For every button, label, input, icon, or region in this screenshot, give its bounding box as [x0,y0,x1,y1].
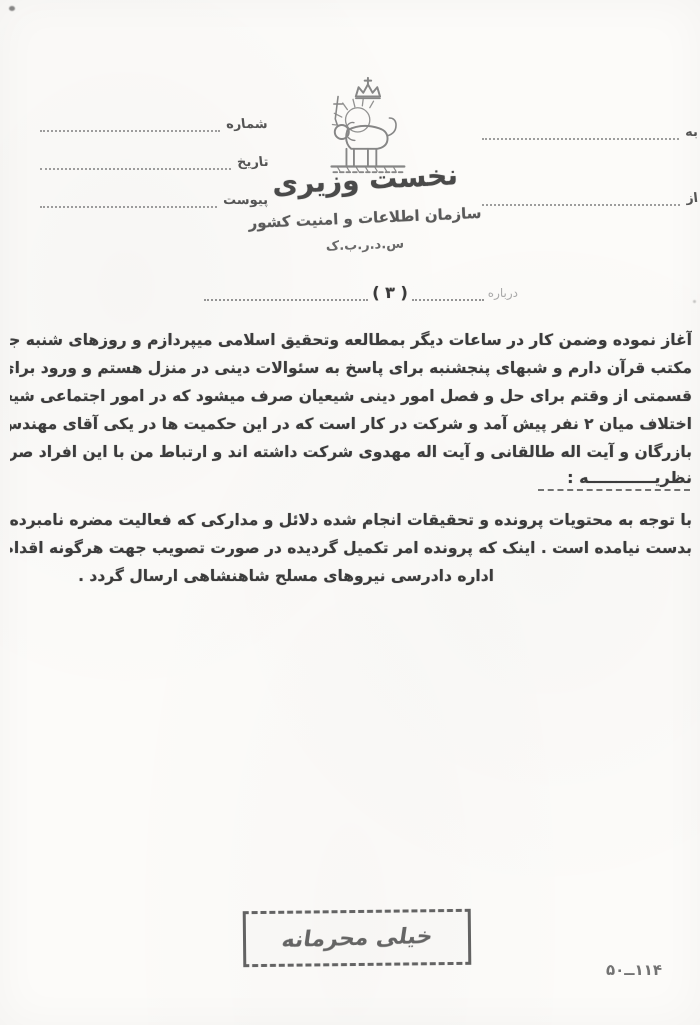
field-from-dotted-line [482,188,680,206]
field-date-dotted-line [40,152,231,170]
field-number-dotted-line [40,114,220,132]
field-date-row: تاریخ [36,152,268,170]
org-abbreviation: س.د.ر.ب.ک [230,233,500,257]
scanned-document-page: نخست وزیری سازمان اطلاعات و امنیت کشور س… [0,0,700,1025]
note-underline [538,489,690,491]
field-from-label: از [685,191,699,206]
paragraph1-line: بازرگان و آیت اله طالقانی و آیت اله مهدو… [10,438,692,466]
field-to-label: به [684,125,698,140]
subject-dotted-line [412,284,484,300]
field-attachment-row: پیوست [36,190,268,208]
note-section: نظریــــــــــــه : [538,468,692,491]
scan-speck [9,6,15,11]
paragraph1-line: قسمتی از وقتم برای حل و فصل امور دینی شی… [10,382,692,410]
left-field-block: شماره تاریخ پیوست [36,114,268,208]
field-number-row: شماره [36,114,268,132]
subject-number: ( ۳ ) [372,283,408,302]
subject-line: درباره ( ۳ ) [200,283,518,302]
note-label: نظریــــــــــــه : [538,468,692,487]
paragraph1-line: مکتب قرآن دارم و شبهای پنجشنبه برای پاسخ… [10,354,692,382]
archive-number: ۱۱۴ــ۵۰ [606,961,662,979]
paragraph1-line: اختلاف میان ۲ نفر پیش آمد و شرکت در کار … [10,410,692,438]
body-paragraph-1: آغاز نموده وضمن کار در ساعات دیگر بمطالع… [10,326,692,466]
body-paragraph-2: با توجه به محتویات پرونده و تحقیقات انجا… [10,506,692,590]
field-to-dotted-line [482,122,679,140]
paragraph2-line: اداره دادرسی نیروهای مسلح شاهنشاهی ارسال… [10,562,692,590]
subject-dotted-line [204,284,368,300]
field-from-row: از [478,188,698,206]
subject-label: درباره [488,286,518,300]
right-field-block: به از [478,122,698,206]
paragraph1-line: آغاز نموده وضمن کار در ساعات دیگر بمطالع… [10,326,692,354]
field-number-label: شماره [226,117,269,132]
scan-speck [693,300,696,303]
field-attachment-dotted-line [40,190,217,208]
paragraph2-line: با توجه به محتویات پرونده و تحقیقات انجا… [10,506,692,534]
confidential-stamp-box: خیلی محرمانه [243,909,472,967]
field-attachment-label: پیوست [222,193,268,208]
field-date-label: تاریخ [236,155,269,170]
paragraph2-line: بدست نیامده است . اینک که پرونده امر تکم… [10,534,692,562]
confidential-stamp-text: خیلی محرمانه [280,923,435,952]
field-to-row: به [478,122,698,140]
